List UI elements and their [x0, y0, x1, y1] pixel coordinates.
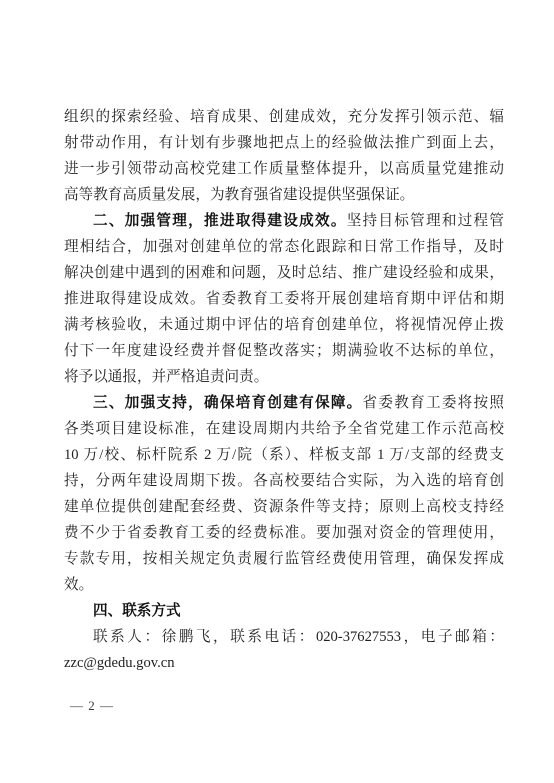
body-text: 持，分两年建设周期下拨。各高校要结合实际，为入选的培育创	[64, 473, 504, 489]
section-heading-text: 四、联系方式	[93, 603, 181, 619]
text-line: 二、加强管理，推进取得建设成效。坚持目标管理和过程管	[64, 208, 504, 234]
text-line: 持，分两年建设周期下拨。各高校要结合实际，为入选的培育创	[64, 468, 504, 494]
paragraph-section-2: 二、加强管理，推进取得建设成效。坚持目标管理和过程管理相结合，加强对创建单位的常…	[64, 208, 504, 390]
body-text: 射带动作用，有计划有步骤地把点上的经验做法推广到面上去，	[64, 135, 504, 151]
text-line: 理相结合，加强对创建单位的常态化跟踪和日常工作指导，及时	[64, 234, 504, 260]
text-line: 各类项目建设标准，在建设周期内共给予全省党建工作示范高校	[64, 416, 504, 442]
body-text: 效。	[64, 577, 93, 593]
text-line: 四、联系方式	[64, 598, 504, 624]
text-line: 推进取得建设成效。省委教育工委将开展创建培育期中评估和期	[64, 286, 504, 312]
body-text: 理相结合，加强对创建单位的常态化跟踪和日常工作指导，及时	[64, 239, 504, 255]
paragraph-continuation: 组织的探索经验、培育成果、创建成效，充分发挥引领示范、辐射带动作用，有计划有步骤…	[64, 104, 504, 208]
body-text: 各类项目建设标准，在建设周期内共给予全省党建工作示范高校	[64, 421, 504, 437]
text-line: 建单位提供创建配套经费、资源条件等支持；原则上高校支持经	[64, 494, 504, 520]
text-line: 组织的探索经验、培育成果、创建成效，充分发挥引领示范、辐	[64, 104, 504, 130]
text-line: 三、加强支持，确保培育创建有保障。省委教育工委将按照	[64, 390, 504, 416]
document-text-block: 组织的探索经验、培育成果、创建成效，充分发挥引领示范、辐射带动作用，有计划有步骤…	[64, 104, 504, 676]
text-line: 进一步引领带动高校党建工作质量整体提升，以高质量党建推动	[64, 156, 504, 182]
text-line: 高等教育高质量发展，为教育强省建设提供坚强保证。	[64, 182, 504, 208]
text-line: 将予以通报，并严格追责问责。	[64, 364, 504, 390]
body-text: 省委教育工委将按照	[363, 395, 504, 411]
text-line: 费不少于省委教育工委的经费标准。要加强对资金的管理使用，	[64, 520, 504, 546]
body-text: 专款专用，按相关规定负责履行监管经费使用管理，确保发挥成	[64, 551, 504, 567]
body-text: 组织的探索经验、培育成果、创建成效，充分发挥引领示范、辐	[64, 109, 504, 125]
body-text: 费不少于省委教育工委的经费标准。要加强对资金的管理使用，	[64, 525, 504, 541]
page-number: — 2 —	[70, 698, 114, 714]
text-line: 解决创建中遇到的困难和问题，及时总结、推广建设经验和成果，	[64, 260, 504, 286]
paragraph-section-4-heading: 四、联系方式	[64, 598, 504, 624]
body-text: 付下一年度建设经费并督促整改落实；期满验收不达标的单位，	[64, 343, 504, 359]
body-text: 坚持目标管理和过程管	[347, 213, 504, 229]
section-heading-text: 三、加强支持，确保培育创建有保障。	[93, 395, 363, 411]
body-text: 联系人：徐鹏飞，联系电话：020-37627553，电子邮箱：	[93, 629, 504, 645]
document-page: 组织的探索经验、培育成果、创建成效，充分发挥引领示范、辐射带动作用，有计划有步骤…	[0, 0, 554, 783]
text-line: 满考核验收，未通过期中评估的培育创建单位，将视情况停止拨	[64, 312, 504, 338]
body-text: 10 万/校、标杆院系 2 万/院（系）、样板支部 1 万/支部的经费支	[64, 447, 504, 463]
paragraph-section-3: 三、加强支持，确保培育创建有保障。省委教育工委将按照各类项目建设标准，在建设周期…	[64, 390, 504, 598]
text-line: 10 万/校、标杆院系 2 万/院（系）、样板支部 1 万/支部的经费支	[64, 442, 504, 468]
body-text: zzc@gdedu.gov.cn	[64, 655, 175, 671]
body-text: 推进取得建设成效。省委教育工委将开展创建培育期中评估和期	[64, 291, 504, 307]
paragraph-contact-info: 联系人：徐鹏飞，联系电话：020-37627553，电子邮箱：zzc@gdedu…	[64, 624, 504, 676]
text-line: zzc@gdedu.gov.cn	[64, 650, 504, 676]
text-line: 效。	[64, 572, 504, 598]
body-text: 建单位提供创建配套经费、资源条件等支持；原则上高校支持经	[64, 499, 504, 515]
body-text: 满考核验收，未通过期中评估的培育创建单位，将视情况停止拨	[64, 317, 504, 333]
text-line: 联系人：徐鹏飞，联系电话：020-37627553，电子邮箱：	[64, 624, 504, 650]
body-text: 解决创建中遇到的困难和问题，及时总结、推广建设经验和成果，	[64, 265, 504, 281]
text-line: 射带动作用，有计划有步骤地把点上的经验做法推广到面上去，	[64, 130, 504, 156]
body-text: 高等教育高质量发展，为教育强省建设提供坚强保证。	[64, 187, 414, 203]
body-text: 将予以通报，并严格追责问责。	[64, 369, 268, 385]
text-line: 付下一年度建设经费并督促整改落实；期满验收不达标的单位，	[64, 338, 504, 364]
text-line: 专款专用，按相关规定负责履行监管经费使用管理，确保发挥成	[64, 546, 504, 572]
section-heading-text: 二、加强管理，推进取得建设成效。	[93, 213, 347, 229]
body-text: 进一步引领带动高校党建工作质量整体提升，以高质量党建推动	[64, 161, 504, 177]
